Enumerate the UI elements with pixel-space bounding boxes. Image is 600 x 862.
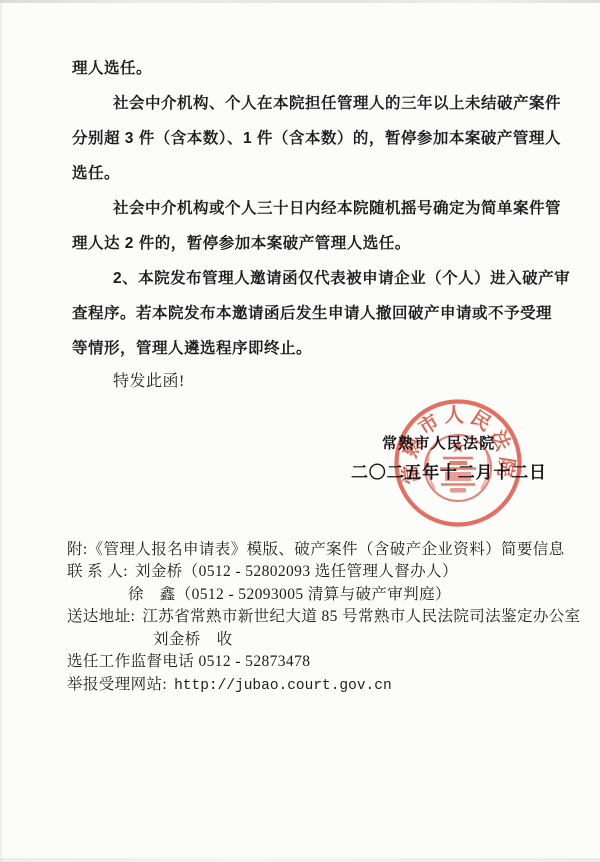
recipient-line: 刘金桥 收 (153, 630, 233, 649)
contact-line-2: 徐 鑫（0512 - 52093005 清算与破产审判庭） (128, 585, 451, 604)
scan-edge-left (0, 0, 2, 862)
body-line: 选任。 (72, 164, 120, 184)
report-site-url: http://jubao.court.gov.cn (174, 678, 392, 694)
body-line: 分别超 3 件（含本数）、1 件（含本数）的，暂停参加本案破产管理人 (72, 129, 561, 149)
address-text: 江苏省常熟市新世纪大道 85 号常熟市人民法院司法鉴定办公室 (142, 608, 580, 625)
body-line: 查程序。若本院发布本邀请函后发生申请人撤回破产申请或不予受理 (72, 304, 552, 324)
body-line: 2、本院发布管理人邀请函仅代表被申请企业（个人）进入破产审 (113, 269, 570, 289)
body-line: 理人达 2 件的，暂停参加本案破产管理人选任。 (72, 234, 411, 254)
contact-line-1: 联 系 人:刘金桥（0512 - 52802093 选任管理人督办人） (67, 562, 458, 581)
attachment-line: 附:《管理人报名申请表》模版、破产案件（含破产企业资料）简要信息 (67, 540, 565, 559)
body-line: 等情形，管理人遴选程序即终止。 (72, 339, 312, 359)
contact-person-1: 刘金桥（0512 - 52802093 选任管理人督办人） (135, 563, 458, 580)
address-line: 送达地址:江苏省常熟市新世纪大道 85 号常熟市人民法院司法鉴定办公室 (67, 607, 581, 626)
supervision-phone-line: 选任工作监督电话 0512 - 52873478 (67, 652, 310, 671)
signature-court-name: 常熟市人民法院 (382, 432, 495, 453)
recipient-text: 刘金桥 收 (153, 631, 233, 648)
scanned-court-letter-page: 理人选任。 社会中介机构、个人在本院担任管理人的三年以上未结破产案件 分别超 3… (0, 0, 600, 862)
body-line: 社会中介机构或个人三十日内经本院随机摇号确定为简单案件管 (113, 199, 561, 219)
body-line: 理人选任。 (72, 59, 152, 79)
body-line: 社会中介机构、个人在本院担任管理人的三年以上未结破产案件 (113, 94, 561, 114)
contact-person-2: 徐 鑫（0512 - 52093005 清算与破产审判庭） (128, 586, 451, 603)
scan-edge-top (0, 0, 600, 3)
attachment-text: 附:《管理人报名申请表》模版、破产案件（含破产企业资料）简要信息 (67, 541, 565, 558)
report-site-line: 举报受理网站:http://jubao.court.gov.cn (67, 675, 392, 696)
report-site-label: 举报受理网站: (67, 676, 167, 693)
signature-date: 二〇二五年十二月十二日 (351, 458, 547, 483)
address-label: 送达地址: (67, 608, 135, 625)
supervision-phone-text: 选任工作监督电话 0512 - 52873478 (67, 653, 310, 670)
closing-line: 特发此函! (113, 372, 185, 392)
scan-edge-bottom (0, 858, 600, 862)
contact-label: 联 系 人: (67, 563, 128, 580)
